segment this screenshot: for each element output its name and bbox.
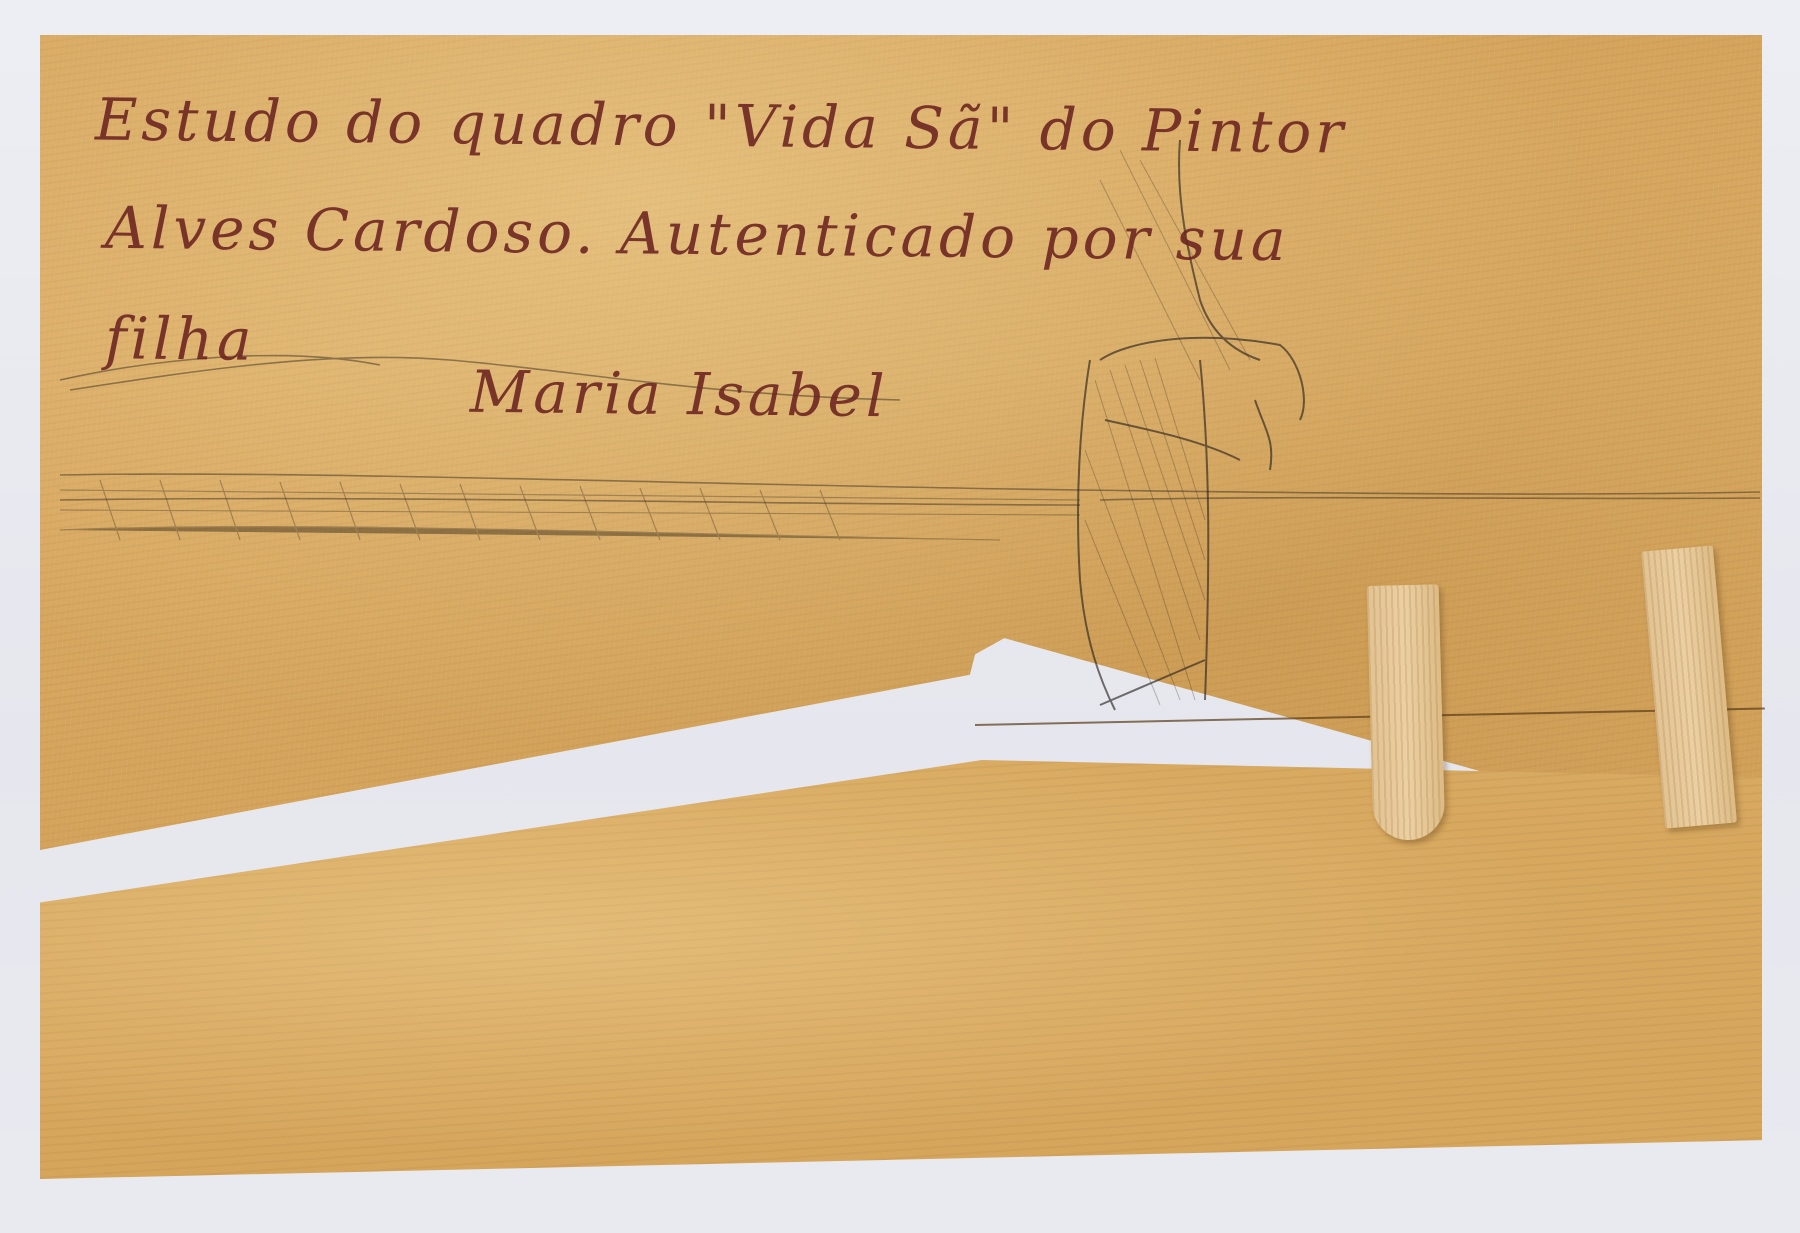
wooden-tab-left [1367,584,1446,841]
inscription-line-1: Estudo do quadro "Vida Sã" do Pintor [95,85,1348,166]
inscription-line-3: filha [105,304,256,374]
inscription-signature: Maria Isabel [470,358,889,430]
inscription-line-2: Alves Cardoso. Autenticado por sua [105,194,1290,274]
photograph-scene: Estudo do quadro "Vida Sã" do Pintor Alv… [0,0,1800,1233]
lower-wood-panel [40,760,1762,1192]
